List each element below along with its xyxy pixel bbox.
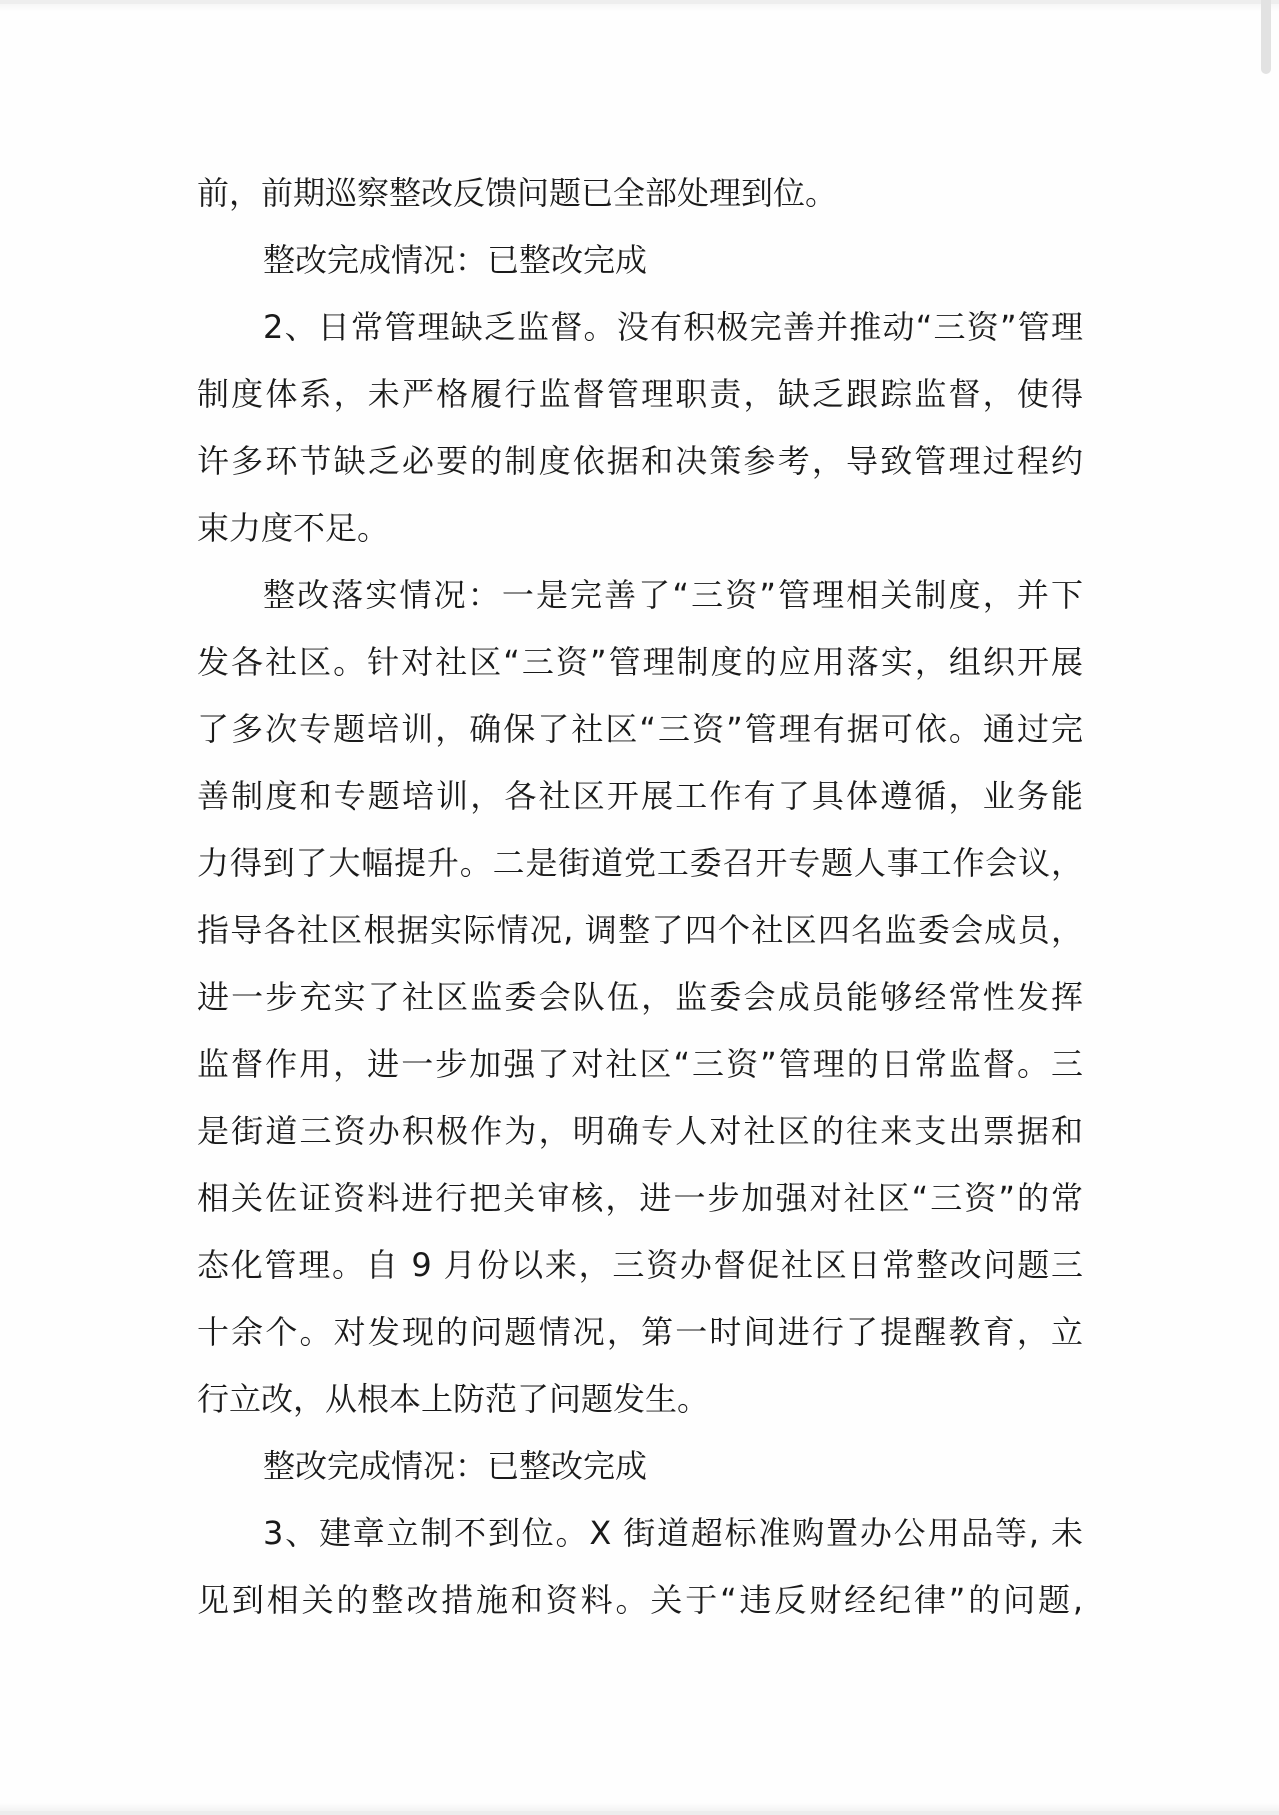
text-line: 十余个。对发现的问题情况，第一时间进行了提醒教育，立: [197, 1304, 1083, 1371]
text-line: 许多环节缺乏必要的制度依据和决策参考，导致管理过程约: [197, 433, 1083, 500]
text-line: 相关佐证资料进行把关审核，进一步加强对社区“三资”的常: [197, 1170, 1083, 1237]
text-line: 前，前期巡察整改反馈问题已全部处理到位。: [197, 165, 1083, 232]
text-line: 了多次专题培训，确保了社区“三资”管理有据可依。通过完: [197, 701, 1083, 768]
text-line: 束力度不足。: [197, 500, 1083, 567]
text-line: 3、建章立制不到位。X 街道超标准购置办公用品等, 未: [197, 1505, 1083, 1572]
text-line: 行立改，从根本上防范了问题发生。: [197, 1371, 1083, 1438]
text-line: 是街道三资办积极作为，明确专人对社区的往来支出票据和: [197, 1103, 1083, 1170]
text-line: 善制度和专题培训，各社区开展工作有了具体遵循，业务能: [197, 768, 1083, 835]
text-line: 进一步充实了社区监委会队伍，监委会成员能够经常性发挥: [197, 969, 1083, 1036]
document-page: 前，前期巡察整改反馈问题已全部处理到位。 整改完成情况：已整改完成 2、日常管理…: [197, 165, 1083, 1639]
text-line: 整改完成情况：已整改完成: [197, 232, 1083, 299]
bottom-edge-bar: [0, 1811, 1279, 1815]
top-edge-shadow: [0, 4, 1279, 12]
text-line: 态化管理。自 9 月份以来，三资办督促社区日常整改问题三: [197, 1237, 1083, 1304]
text-line: 指导各社区根据实际情况, 调整了四个社区四名监委会成员，: [197, 902, 1083, 969]
text-line: 发各社区。针对社区“三资”管理制度的应用落实，组织开展: [197, 634, 1083, 701]
text-line: 监督作用，进一步加强了对社区“三资”管理的日常监督。三: [197, 1036, 1083, 1103]
text-line: 整改完成情况：已整改完成: [197, 1438, 1083, 1505]
text-line: 力得到了大幅提升。二是街道党工委召开专题人事工作会议，: [197, 835, 1083, 902]
text-line: 2、日常管理缺乏监督。没有积极完善并推动“三资”管理: [197, 299, 1083, 366]
text-line: 制度体系，未严格履行监督管理职责，缺乏跟踪监督，使得: [197, 366, 1083, 433]
text-line: 整改落实情况：一是完善了“三资”管理相关制度，并下: [197, 567, 1083, 634]
bottom-edge-shadow: [0, 1803, 1279, 1811]
vertical-scrollbar-thumb[interactable]: [1261, 0, 1271, 74]
text-line: 见到相关的整改措施和资料。关于“违反财经纪律”的问题,: [197, 1572, 1083, 1639]
